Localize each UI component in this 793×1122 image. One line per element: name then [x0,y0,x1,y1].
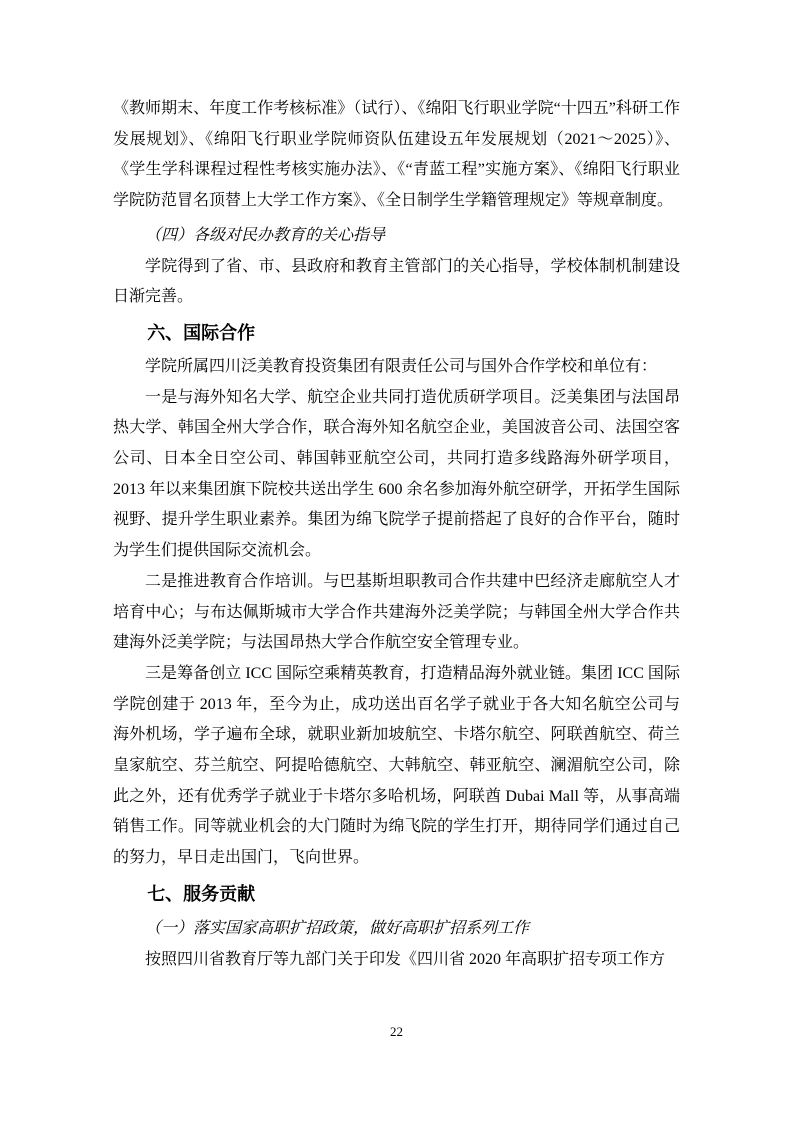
document-content: 《教师期末、年度工作考核标准》（试行）、《绵阳飞行职业学院“十四五”科研工作发展… [113,94,680,975]
subsection-heading-four: （四）各级对民办教育的关心指导 [113,221,680,252]
paragraph-point-three-icc-education: 三是筹备创立 ICC 国际空乘精英教育，打造精品海外就业链。集团 ICC 国际学… [113,659,680,874]
paragraph-cooperation-intro: 学院所属四川泛美教育投资集团有限责任公司与国外合作学校和单位有： [113,352,680,383]
subsection-heading-one: （一）落实国家高职扩招政策，做好高职扩招系列工作 [113,914,680,945]
paragraph-point-one-study-projects: 一是与海外知名大学、航空企业共同打造优质研学项目。泛美集团与法国昂热大学、韩国全… [113,383,680,567]
page-number: 22 [0,1023,793,1041]
paragraph-regulations-continuation: 《教师期末、年度工作考核标准》（试行）、《绵阳飞行职业学院“十四五”科研工作发展… [113,94,680,217]
paragraph-government-guidance: 学院得到了省、市、县政府和教育主管部门的关心指导，学校体制机制建设日渐完善。 [113,252,680,313]
section-heading-seven-service-contribution: 七、服务贡献 [113,879,680,910]
paragraph-enrollment-policy: 按照四川省教育厅等九部门关于印发《四川省 2020 年高职扩招专项工作方 [113,945,680,976]
paragraph-point-two-training-cooperation: 二是推进教育合作培训。与巴基斯坦职教司合作共建中巴经济走廊航空人才培育中心；与布… [113,567,680,659]
document-page: 《教师期末、年度工作考核标准》（试行）、《绵阳飞行职业学院“十四五”科研工作发展… [0,0,793,1122]
section-heading-six-international-cooperation: 六、国际合作 [113,318,680,349]
